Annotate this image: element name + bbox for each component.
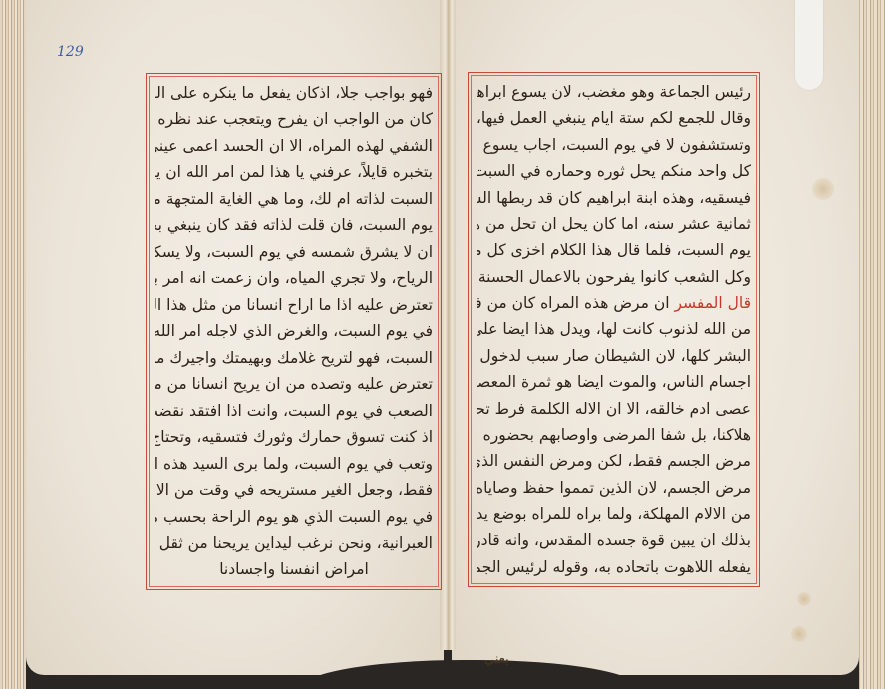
text-line: يوم السبت، فلما قال هذا الكلام اخزى كل م… [477, 237, 751, 263]
text-line: وتستشفون لا في يوم السبت، اجاب يسوع وقال… [477, 132, 751, 158]
text-line: بذلك ان يبين قوة جسده المقدس، وانه قادر … [477, 527, 751, 553]
text-line: هلاكنا، بل شفا المرضى واوصابهم بحضوره في… [477, 422, 751, 448]
book-edge-left [0, 0, 26, 689]
rubric-heading: قال المفسر [674, 294, 751, 312]
text-line: كل واحد منكم يحل ثوره وحماره في السبت من… [477, 158, 751, 184]
text-line: يوم السبت، فان قلت لذاته فقد كان ينبغي ب… [155, 212, 433, 238]
text-line: مرض الجسم، لان الذين تمموا حفظ وصاياه خل… [477, 475, 751, 501]
text-line: رئيس الجماعة وهو مغضب، لان يسوع ابراها ي… [477, 79, 751, 105]
text-line-final: امراض انفسنا واجسادنا [155, 556, 433, 582]
text-line: مرض الجسم فقط، لكن ومرض النفس الذي هو اص… [477, 448, 751, 474]
text-line: الرياح، ولا تجري المياه، وان زعمت انه ام… [155, 265, 433, 291]
text-line: عصى ادم خالقه، الا ان الاله الكلمة فرط ت… [477, 396, 751, 422]
text-line: ثمانية عشر سنه، اما كان يحل ان تحل من هذ… [477, 211, 751, 237]
text-line: وقال للجمع لكم ستة ايام ينبغي العمل فيها… [477, 105, 751, 131]
catchword: يعني [484, 652, 509, 667]
text-line: كان من الواجب ان يفرح ويتعجب عند نظره ال… [155, 106, 433, 132]
paper-stain [797, 592, 811, 606]
text-line: ان لا يشرق شمسه في يوم السبت، ولا يسكب غ… [155, 239, 433, 265]
paper-stain [791, 626, 807, 642]
text-line: السبت لذاته ام لك، وما هي الغاية المتجهة… [155, 186, 433, 212]
text-line: في يوم السبت الذي هو يوم الراحة بحسب ما … [155, 504, 433, 530]
text-line: العبرانية، ونحن نرغب ليداين يريحنا من ثق… [155, 530, 433, 556]
text-line: وكل الشعب كانوا يفرحون بالاعمال الحسنة ا… [477, 264, 751, 290]
text-line: من الله لذنوب كانت لها، ويدل هذا ايضا عل… [477, 316, 751, 342]
text-line: اجسام الناس، والموت ايضا هو ثمرة المعصية… [477, 369, 751, 395]
text-line-with-rubric: قال المفسر ان مرض هذه المراه كان من فعل … [477, 290, 751, 316]
text-line: فيسقيه، وهذه ابنة ابراهيم كان قد ربطها ا… [477, 185, 751, 211]
text-line: تعترض عليه وتصده من ان يريح انسانا من مث… [155, 371, 433, 397]
text-line-rest: ان مرض هذه المراه كان من فعل الشيطان بتخ… [477, 294, 670, 312]
text-line: بتخبره قايلاً، عرفني يا هذا لمن امر الله… [155, 159, 433, 185]
text-line: فهو بواجب جلا، اذكان يفعل ما ينكره على ا… [155, 80, 433, 106]
book-gutter [440, 0, 456, 650]
left-text-block: فهو بواجب جلا، اذكان يفعل ما ينكره على ا… [155, 80, 433, 583]
folio-number: 129 [57, 44, 84, 60]
left-text-frame: فهو بواجب جلا، اذكان يفعل ما ينكره على ا… [146, 73, 442, 590]
text-line: السبت، فهو لتريح غلامك وبهيمتك واجيرك من… [155, 345, 433, 371]
text-line: اذ كنت تسوق حمارك وثورك فتسقيه، وتحتاج ا… [155, 424, 433, 450]
text-line: يفعله اللاهوت باتحاده به، وقوله لرئيس ال… [477, 554, 751, 580]
text-line: البشر كلها، لان الشيطان صار سبب لدخول ال… [477, 343, 751, 369]
right-text-frame: رئيس الجماعة وهو مغضب، لان يسوع ابراها ي… [468, 72, 760, 587]
book-edge-right [859, 0, 885, 689]
text-line: في يوم السبت، والغرض الذي لاجله امر الله… [155, 318, 433, 344]
text-line: تعترض عليه اذا ما اراح انسانا من مثل هذا… [155, 292, 433, 318]
text-line: فقط، وجعل الغير مستريحه في وقت من الاوقا… [155, 477, 433, 503]
text-line: من الالام المهلكة، ولما براه للمراه بوضع… [477, 501, 751, 527]
manuscript-photo: 129 فهو بواجب جلا، اذكان يفعل ما ينكره ع… [0, 0, 885, 689]
paper-slip-bookmark [795, 0, 823, 90]
text-line: وتعب في يوم السبت، ولما برى السيد هذه ال… [155, 451, 433, 477]
text-line: الشفي لهذه المراه، الا ان الحسد اعمى عين… [155, 133, 433, 159]
paper-stain [812, 178, 834, 200]
text-line: الصعب في يوم السبت، وانت اذا افتقد نقضت … [155, 398, 433, 424]
right-text-block: رئيس الجماعة وهو مغضب، لان يسوع ابراها ي… [477, 79, 751, 580]
